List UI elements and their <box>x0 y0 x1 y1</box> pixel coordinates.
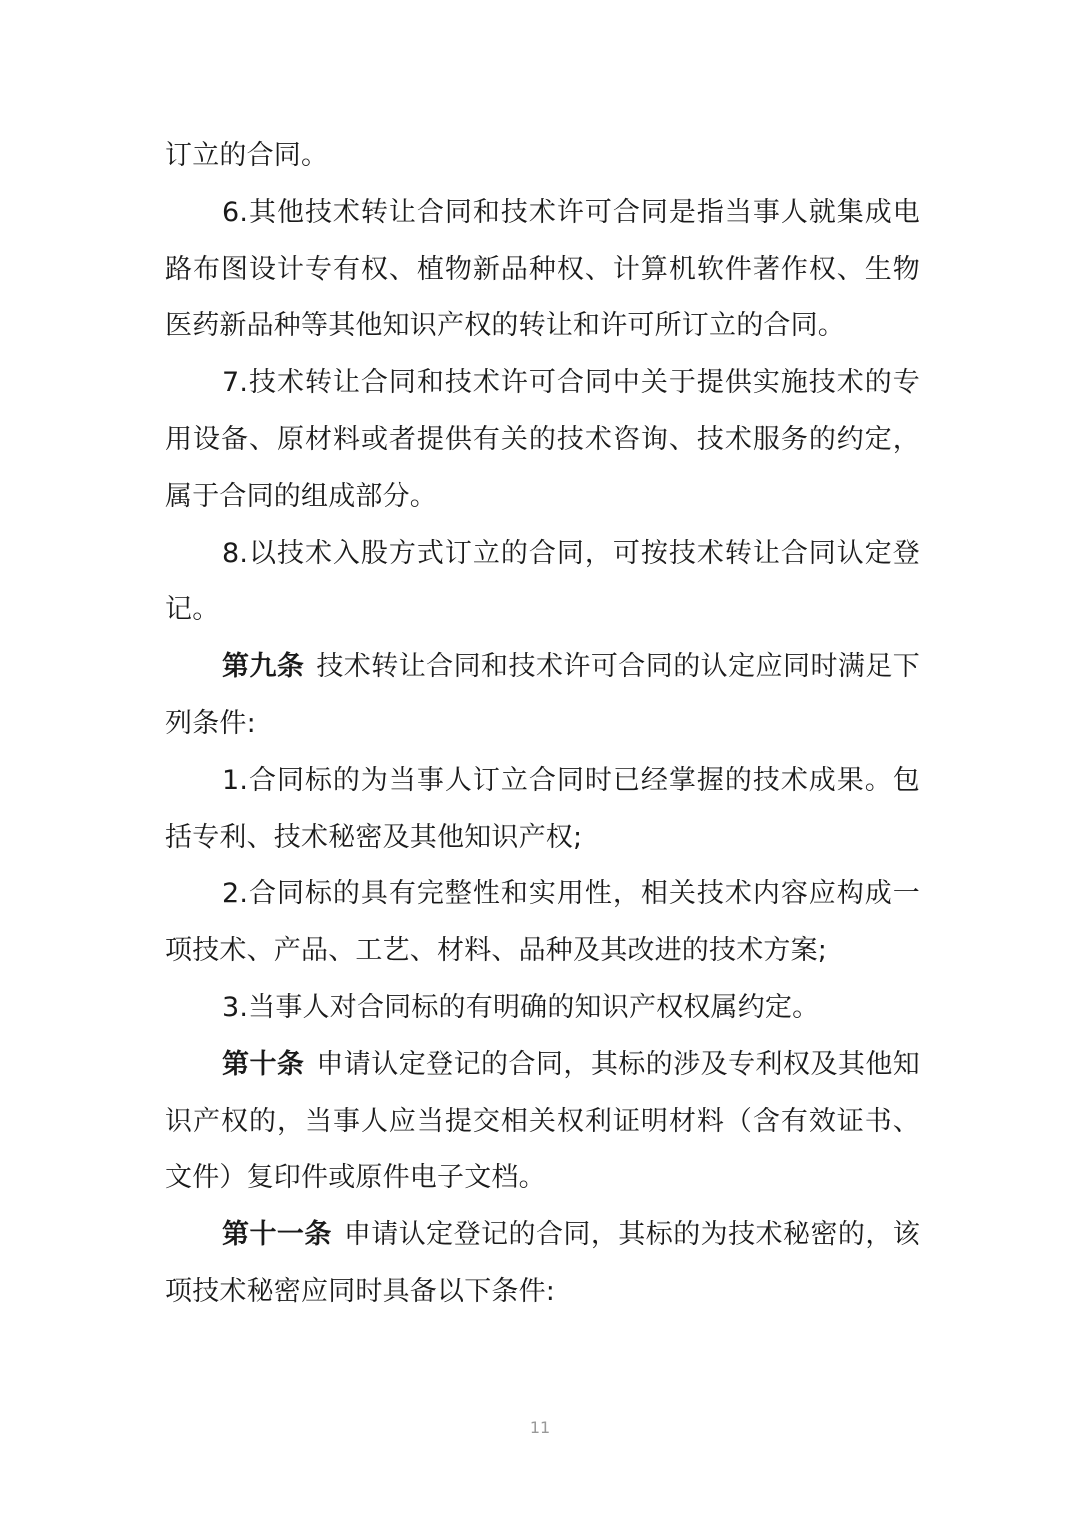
condition-item-2: 2.合同标的具有完整性和实用性，相关技术内容应构成一项技术、产品、工艺、材料、品… <box>165 866 920 980</box>
condition-item-3: 3.当事人对合同标的有明确的知识产权权属约定。 <box>165 980 920 1037</box>
paragraph-continuation: 订立的合同。 <box>165 128 920 185</box>
paragraph-item-8: 8.以技术入股方式订立的合同，可按技术转让合同认定登记。 <box>165 526 920 640</box>
page-number: 11 <box>0 1418 1080 1437</box>
article-heading: 第九条 <box>222 651 304 682</box>
paragraph-text: 8.以技术入股方式订立的合同，可按技术转让合同认定登记。 <box>165 538 920 626</box>
paragraph-item-6: 6.其他技术转让合同和技术许可合同是指当事人就集成电路布图设计专有权、植物新品种… <box>165 185 920 355</box>
paragraph-text: 订立的合同。 <box>165 140 328 171</box>
condition-item-1: 1.合同标的为当事人订立合同时已经掌握的技术成果。包括专利、技术秘密及其他知识产… <box>165 753 920 867</box>
article-heading: 第十条 <box>222 1049 304 1080</box>
article-10: 第十条申请认定登记的合同，其标的涉及专利权及其他知识产权的，当事人应当提交相关权… <box>165 1037 920 1207</box>
article-heading: 第十一条 <box>222 1219 332 1250</box>
paragraph-text: 2.合同标的具有完整性和实用性，相关技术内容应构成一项技术、产品、工艺、材料、品… <box>165 878 920 966</box>
paragraph-text: 7.技术转让合同和技术许可合同中关于提供实施技术的专用设备、原材料或者提供有关的… <box>165 367 920 512</box>
paragraph-text: 1.合同标的为当事人订立合同时已经掌握的技术成果。包括专利、技术秘密及其他知识产… <box>165 765 920 853</box>
document-page: 订立的合同。 6.其他技术转让合同和技术许可合同是指当事人就集成电路布图设计专有… <box>0 0 1080 1529</box>
paragraph-text: 3.当事人对合同标的有明确的知识产权权属约定。 <box>222 992 819 1023</box>
paragraph-item-7: 7.技术转让合同和技术许可合同中关于提供实施技术的专用设备、原材料或者提供有关的… <box>165 355 920 525</box>
article-11: 第十一条申请认定登记的合同，其标的为技术秘密的，该项技术秘密应同时具备以下条件: <box>165 1207 920 1321</box>
paragraph-text: 6.其他技术转让合同和技术许可合同是指当事人就集成电路布图设计专有权、植物新品种… <box>165 197 920 342</box>
article-9: 第九条技术转让合同和技术许可合同的认定应同时满足下列条件: <box>165 639 920 753</box>
document-body: 订立的合同。 6.其他技术转让合同和技术许可合同是指当事人就集成电路布图设计专有… <box>165 128 920 1321</box>
